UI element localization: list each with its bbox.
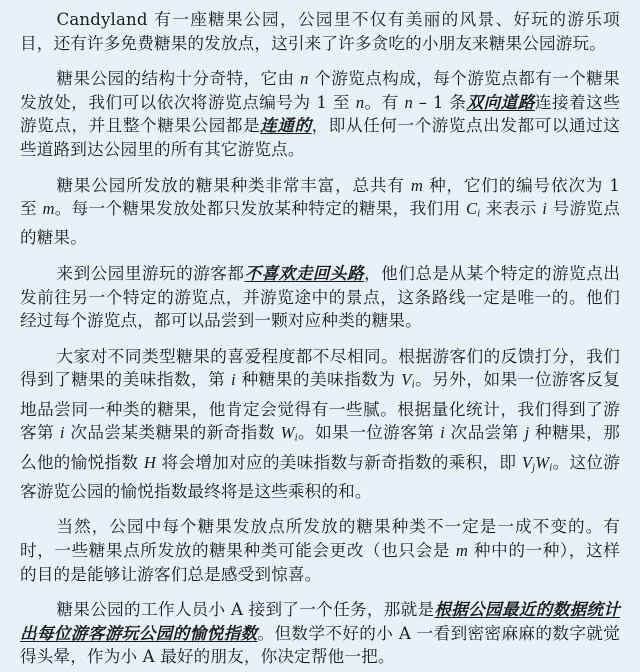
text: 来到公园里游玩的游客都 <box>57 264 245 283</box>
paragraph-visitors: 来到公园里游玩的游客都不喜欢走回头路，他们总是从某个特定的游览点出发前往另一个特… <box>20 262 620 333</box>
emphasis-text: 连通的 <box>260 115 311 135</box>
paragraph-task: 糖果公园的工作人员小 A 接到了一个任务，那就是根据公园最近的数据统计出每位游客… <box>20 598 620 669</box>
text: Candyland 有一座糖果公园，公园里不仅有美丽的风景、好玩的游乐项目，还有… <box>20 10 620 53</box>
math-var: Ci <box>466 199 480 218</box>
paragraph-changes: 当然，公园中每个糖果发放点所发放的糖果种类不一定是一成不变的。有时，一些糖果点所… <box>20 515 620 586</box>
paragraph-structure: 糖果公园的结构十分奇特，它由 n 个游览点构成，每个游览点都有一个糖果发放处，我… <box>20 67 620 161</box>
math-var: Wi <box>281 423 298 442</box>
math-var: Vi <box>401 370 414 389</box>
math-base: W <box>535 453 549 472</box>
text: 糖果公园的结构十分奇特，它由 <box>57 69 301 88</box>
math-var: n <box>356 93 364 112</box>
text: 。每一个糖果发放处都只发放某种特定的糖果，我们用 <box>55 199 466 218</box>
text: 糖果公园所发放的糖果种类非常丰富，总共有 <box>57 176 411 195</box>
text: 将会增加对应的美味指数与新奇指数的乘积，即 <box>156 453 522 472</box>
paragraph-candy-types: 糖果公园所发放的糖果种类非常丰富，总共有 m 种，它们的编号依次为 1 至 m。… <box>20 174 620 250</box>
math-var: VjWi <box>522 453 553 472</box>
text: 。如果一位游客第 <box>298 423 440 442</box>
emphasis-text: 不喜欢走回头路 <box>244 263 364 283</box>
text: 。有 <box>364 93 404 112</box>
text: 次品尝第 <box>445 423 525 442</box>
text: – 1 条 <box>413 93 467 112</box>
math-var: n <box>300 69 308 88</box>
text: 来表示 <box>480 199 542 218</box>
text: 次品尝某类糖果的新奇指数 <box>65 423 281 442</box>
math-base: V <box>401 370 411 389</box>
math-var: H <box>144 453 156 472</box>
text: 种糖果的美味指数为 <box>236 370 402 389</box>
math-var: n <box>404 93 412 112</box>
paragraph-intro: Candyland 有一座糖果公园，公园里不仅有美丽的风景、好玩的游乐项目，还有… <box>20 8 620 55</box>
math-var: m <box>411 176 423 195</box>
problem-statement: Candyland 有一座糖果公园，公园里不仅有美丽的风景、好玩的游乐项目，还有… <box>0 0 640 669</box>
emphasis-text: 双向道路 <box>467 92 535 112</box>
math-var: m <box>42 199 54 218</box>
math-base: C <box>466 199 477 218</box>
paragraph-happiness: 大家对不同类型糖果的喜爱程度都不尽相同。根据游客们的反馈打分，我们得到了糖果的美… <box>20 345 620 504</box>
math-base: V <box>522 453 532 472</box>
math-var: m <box>456 541 468 560</box>
math-base: W <box>281 423 295 442</box>
text: 糖果公园的工作人员小 A 接到了一个任务，那就是 <box>57 600 435 619</box>
